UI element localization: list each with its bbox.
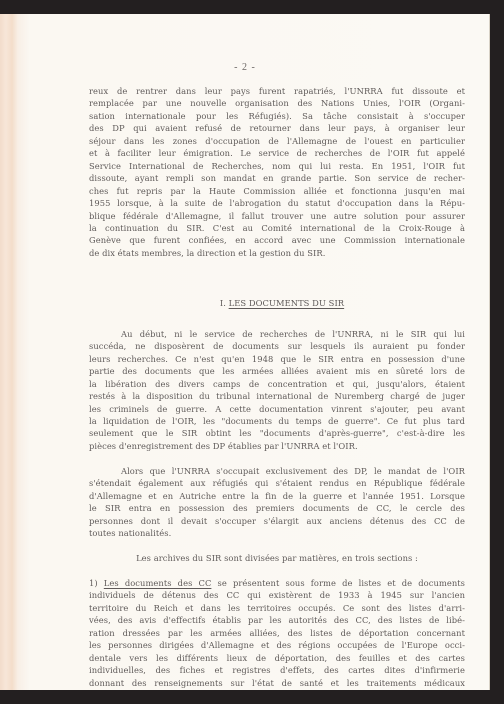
text-line: dissoute, ayant rempli son mandat en gra… bbox=[89, 172, 465, 184]
text-line: pièces d'enregistrement des DP établies … bbox=[89, 440, 465, 452]
text-line: le SIR entra en possession des premiers … bbox=[89, 502, 465, 514]
list-item-title: Les documents des CC bbox=[104, 578, 212, 588]
text-line: la liquidation de l'OIR, les "documents … bbox=[89, 415, 465, 427]
text-line: reux de rentrer dans leur pays furent ra… bbox=[89, 85, 465, 97]
text-line: dentale vers les différents lieux de dép… bbox=[89, 652, 465, 664]
text-line: 1) Les documents des CC se présentent so… bbox=[89, 577, 465, 589]
text-line: 1955 lorsque, à la suite de l'abrogation… bbox=[89, 197, 465, 209]
intro-paragraph: reux de rentrer dans leur pays furent ra… bbox=[89, 85, 465, 259]
text-line: remplacée par une nouvelle organisation … bbox=[89, 97, 465, 109]
text-line: individuels de détenus des CC qui existè… bbox=[89, 589, 465, 601]
text-line: restés à la disposition du tribunal inte… bbox=[89, 390, 465, 402]
paragraph-3: Les archives du SIR sont divisées par ma… bbox=[89, 552, 465, 564]
section-title: LES DOCUMENTS DU SIR bbox=[229, 298, 344, 308]
text-line: personnes dont il devait s'occuper s'éla… bbox=[89, 515, 465, 527]
list-item-text: se présentent sous forme de listes et de… bbox=[211, 578, 465, 588]
text-line: s'étendait également aux réfugiés qui s'… bbox=[89, 477, 465, 489]
text-line: blique fédérale d'Allemagne, il fallut t… bbox=[89, 210, 465, 222]
section-number: I. bbox=[220, 298, 226, 308]
text-line: succéda, ne disposèrent de documents sur… bbox=[89, 340, 465, 352]
text-line: seulement que le SIR obtint les "documen… bbox=[89, 427, 465, 439]
paragraph-2: Alors que l'UNRRA s'occupait exclusiveme… bbox=[89, 465, 465, 540]
text-line: des DP qui avaient refusé de retourner d… bbox=[89, 122, 465, 134]
text-line: vées, des avis d'effectifs établis par l… bbox=[89, 614, 465, 626]
text-line: et à faciliter leur émigration. Le servi… bbox=[89, 147, 465, 159]
text-line: partie des documents que les armées alli… bbox=[89, 365, 465, 377]
text-line: Genève que furent confiées, en accord av… bbox=[89, 234, 465, 246]
document-body: reux de rentrer dans leur pays furent ra… bbox=[89, 85, 465, 689]
text-line: Au début, ni le service de recherches de… bbox=[89, 328, 465, 340]
text-line: ches fut repris par la Haute Commission … bbox=[89, 185, 465, 197]
list-item-1: 1) Les documents des CC se présentent so… bbox=[89, 577, 465, 689]
text-line: les criminels de guerre. A cette documen… bbox=[89, 403, 465, 415]
text-line: sation internationale pour les Réfugiés)… bbox=[89, 110, 465, 122]
section-heading: I. LES DOCUMENTS DU SIR bbox=[99, 297, 465, 309]
text-line: individuelles, des fiches et registres d… bbox=[89, 664, 465, 676]
list-number: 1) bbox=[89, 578, 104, 588]
document-page: - 2 - reux de rentrer dans leur pays fur… bbox=[0, 14, 490, 690]
text-line: la continuation du SIR. C'est au Comité … bbox=[89, 222, 465, 234]
page-number: - 2 - bbox=[0, 62, 490, 73]
text-line: d'Allemagne et en Autriche entre la fin … bbox=[89, 490, 465, 502]
paragraph-1: Au début, ni le service de recherches de… bbox=[89, 328, 465, 453]
text-line: Alors que l'UNRRA s'occupait exclusiveme… bbox=[89, 465, 465, 477]
text-line: donnant des renseignements sur l'état de… bbox=[89, 677, 465, 689]
text-line: la libération des divers camps de concen… bbox=[89, 378, 465, 390]
text-line: leurs recherches. Ce n'est qu'en 1948 qu… bbox=[89, 353, 465, 365]
text-line: territoire du Reich et dans les territoi… bbox=[89, 602, 465, 614]
text-line: séjour dans les zones d'occupation de l'… bbox=[89, 135, 465, 147]
text-line: Service International de Recherches, nom… bbox=[89, 160, 465, 172]
text-line: ration dressées par les armées alliées, … bbox=[89, 627, 465, 639]
text-line: toutes nationalités. bbox=[89, 527, 465, 539]
text-line: les personnes dirigées d'Allemagne et de… bbox=[89, 639, 465, 651]
text-line: de dix états membres, la direction et la… bbox=[89, 247, 465, 259]
